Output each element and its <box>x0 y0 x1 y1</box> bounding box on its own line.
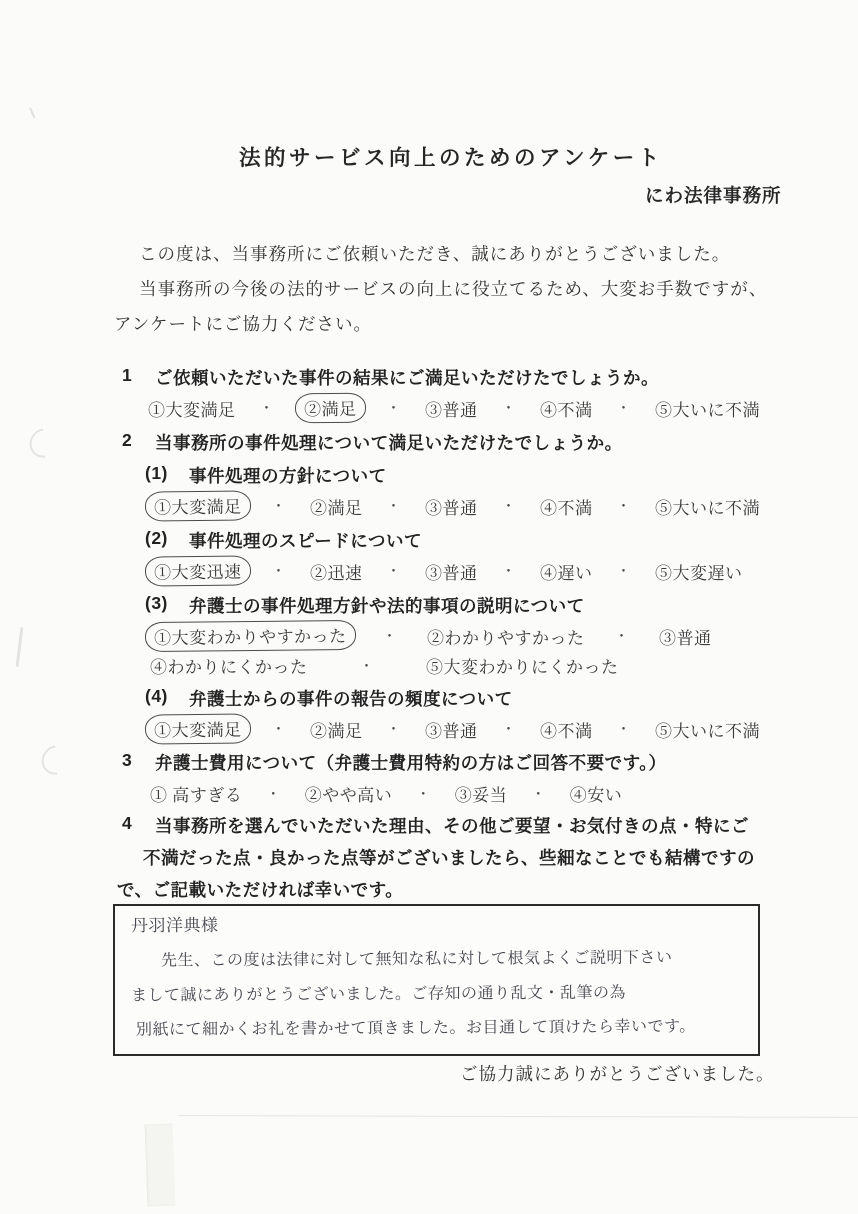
scanned-survey-page: { "survey": { "title": "法的サービス向上のためのアンケー… <box>0 0 858 1214</box>
option-separator: ・ <box>617 398 632 418</box>
question-2-2-options: ①大変迅速 ・ ②迅速 ・ ③普通 ・ ④遅い ・ ⑤大変遅い <box>148 558 743 584</box>
question-2-heading: 2 当事務所の事件処理について満足いただけたでしょうか。 <box>122 430 623 455</box>
sub-question-number: (3) <box>145 593 189 618</box>
handwritten-line: 先生、この度は法律に対して無知な私に対して根気よくご説明下さい <box>161 944 673 970</box>
sub-question-text: 弁護士からの事件の報告の頻度について <box>189 686 513 711</box>
question-2-3-heading: (3) 弁護士の事件処理方針や法的事項の説明について <box>145 593 585 618</box>
question-1-heading: 1 ご依頼いただいた事件の結果にご満足いただけたでしょうか。 <box>122 365 659 390</box>
handwritten-line: まして誠にありがとうございました。ご存知の通り乱文・乱筆の為 <box>131 979 626 1005</box>
option-separator: ・ <box>387 561 402 581</box>
option: ④不満 <box>540 494 593 519</box>
sub-question-number: (2) <box>145 528 189 553</box>
option: ②満足 <box>295 393 366 424</box>
option-separator: ・ <box>531 784 546 804</box>
question-2-4-heading: (4) 弁護士からの事件の報告の頻度について <box>145 686 513 711</box>
question-number: 3 <box>122 750 155 775</box>
option-separator: ・ <box>615 626 630 646</box>
option: ②満足 <box>310 717 363 742</box>
page-title: 法的サービス向上のためのアンケート <box>239 141 663 172</box>
option-separator: ・ <box>387 496 402 516</box>
intro-line: 当事務所の今後の法的サービスの向上に役立てるため、大変お手数ですが、 <box>139 276 767 301</box>
option: ④わかりにくかった <box>150 653 308 678</box>
option-separator: ・ <box>360 656 375 676</box>
closing-text: ご協力誠にありがとうございました。 <box>460 1061 775 1086</box>
question-2-3-options-row2: ④わかりにくかった ・ ⑤大変わかりにくかった <box>150 653 619 678</box>
option: ①大変満足 <box>145 713 251 744</box>
firm-name: にわ法律事務所 <box>645 182 782 208</box>
option-separator: ・ <box>416 784 431 804</box>
option: ②迅速 <box>310 559 363 584</box>
option: ③妥当 <box>455 781 508 806</box>
question-2-1-heading: (1) 事件処理の方針について <box>145 463 387 488</box>
option-separator: ・ <box>272 561 287 581</box>
question-number: 1 <box>122 365 155 390</box>
option-separator: ・ <box>502 561 517 581</box>
intro-line: アンケートにご協力ください。 <box>114 311 372 336</box>
intro-line: この度は、当事務所にご依頼いただき、誠にありがとうございました。 <box>139 241 730 266</box>
option: ⑤大変遅い <box>655 559 743 584</box>
question-text: 当事務所の事件処理について満足いただけたでしょうか。 <box>155 430 623 455</box>
option-separator: ・ <box>502 719 517 739</box>
hole-punch-mark <box>36 740 77 781</box>
option: ①大変迅速 <box>145 555 251 586</box>
option-separator: ・ <box>502 398 517 418</box>
hole-punch-mark <box>24 423 65 464</box>
option-separator: ・ <box>260 398 275 418</box>
option-separator: ・ <box>502 496 517 516</box>
option: ④不満 <box>540 717 593 742</box>
option: ②やや高い <box>305 781 393 806</box>
pencil-smudge-mark <box>16 627 24 667</box>
option: ⑤大いに不満 <box>655 494 760 519</box>
question-text: 当事務所を選んでいただいた理由、その他ご要望・お気付きの点・特にご <box>155 813 749 838</box>
paper-fold-artifact <box>145 1124 176 1207</box>
option: ④安い <box>570 781 623 806</box>
option: ⑤大変わかりにくかった <box>426 653 619 678</box>
option: ① 高すぎる <box>150 781 242 806</box>
question-2-2-heading: (2) 事件処理のスピードについて <box>145 528 422 553</box>
option: ④不満 <box>540 396 593 421</box>
sub-question-number: (1) <box>145 463 189 488</box>
option: ①大変満足 <box>145 490 251 521</box>
option: ⑤大いに不満 <box>655 396 760 421</box>
option: ②満足 <box>310 494 363 519</box>
option: ①大変わかりやすかった <box>145 620 356 652</box>
handwritten-addressee: 丹羽洋典様 <box>131 911 219 937</box>
scan-edge-line <box>178 1115 858 1118</box>
question-4-line2: 不満だった点・良かった点等がございましたら、些細なことでも結構ですの <box>143 845 755 870</box>
handwritten-line: 別紙にて細かくお礼を書かせて頂きました。お目通して頂けたら幸いです。 <box>136 1013 696 1039</box>
question-4-line3: で、ご記載いただければ幸いです。 <box>117 877 403 902</box>
option: ③普通 <box>425 717 478 742</box>
question-3-heading: 3 弁護士費用について（弁護士費用特約の方はご回答不要です。） <box>122 750 667 775</box>
question-number: 4 <box>122 813 155 838</box>
scan-smudge-mark <box>29 105 42 119</box>
question-number: 2 <box>122 430 155 455</box>
option-separator: ・ <box>266 784 281 804</box>
comment-box: 丹羽洋典様 先生、この度は法律に対して無知な私に対して根気よくご説明下さい まし… <box>113 904 760 1056</box>
question-2-3-options-row1: ①大変わかりやすかった ・ ②わかりやすかった ・ ③普通 <box>148 623 712 649</box>
option-separator: ・ <box>272 719 287 739</box>
question-4-heading: 4 当事務所を選んでいただいた理由、その他ご要望・お気付きの点・特にご <box>122 813 749 838</box>
option-separator: ・ <box>387 398 402 418</box>
option-separator: ・ <box>617 719 632 739</box>
question-2-1-options: ①大変満足 ・ ②満足 ・ ③普通 ・ ④不満 ・ ⑤大いに不満 <box>148 493 760 519</box>
sub-question-text: 事件処理の方針について <box>189 463 387 488</box>
sub-question-text: 事件処理のスピードについて <box>189 528 422 553</box>
option: ②わかりやすかった <box>427 624 585 649</box>
question-text: 弁護士費用について（弁護士費用特約の方はご回答不要です。） <box>155 750 667 775</box>
option-separator: ・ <box>617 496 632 516</box>
question-1-options: ①大変満足 ・ ②満足 ・ ③普通 ・ ④不満 ・ ⑤大いに不満 <box>148 395 760 421</box>
question-text: ご依頼いただいた事件の結果にご満足いただけたでしょうか。 <box>155 365 659 390</box>
option: ③普通 <box>425 494 478 519</box>
option-separator: ・ <box>617 561 632 581</box>
option: ③普通 <box>659 624 712 649</box>
sub-question-text: 弁護士の事件処理方針や法的事項の説明について <box>189 593 585 618</box>
option: ⑤大いに不満 <box>655 717 760 742</box>
option: ④遅い <box>540 559 593 584</box>
option: ③普通 <box>425 559 478 584</box>
option: ③普通 <box>425 396 478 421</box>
option-separator: ・ <box>383 626 398 646</box>
question-3-options: ① 高すぎる ・ ②やや高い ・ ③妥当 ・ ④安い <box>150 781 622 806</box>
question-2-4-options: ①大変満足 ・ ②満足 ・ ③普通 ・ ④不満 ・ ⑤大いに不満 <box>148 716 760 742</box>
sub-question-number: (4) <box>145 686 189 711</box>
option-separator: ・ <box>272 496 287 516</box>
option: ①大変満足 <box>148 396 236 421</box>
option-separator: ・ <box>387 719 402 739</box>
